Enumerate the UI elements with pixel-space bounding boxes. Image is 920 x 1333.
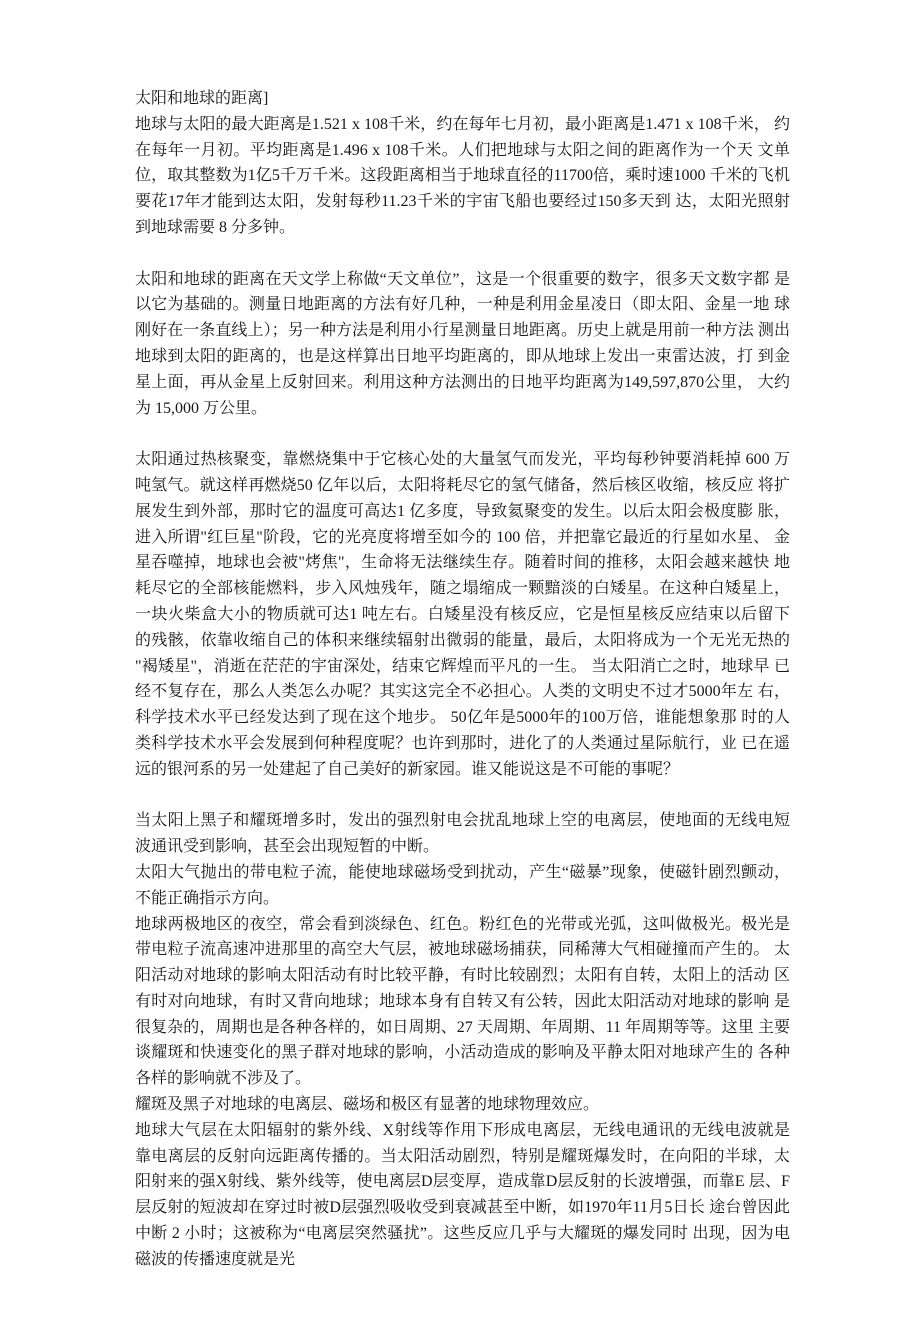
paragraph: 耀斑及黑子对地球的电离层、磁场和极区有显著的地球物理效应。 [135, 1092, 790, 1118]
paragraph: 太阳大气抛出的带电粒子流，能使地球磁场受到扰动，产生“磁暴”现象，使磁针剧烈颤动… [135, 860, 790, 912]
paragraph: 地球两极地区的夜空，常会看到淡绿色、红色。粉红色的光带或光弧，这叫做极光。极光是… [135, 912, 790, 1093]
paragraph: 太阳和地球的距离在天文学上称做“天文单位”，这是一个很重要的数字，很多天文数字都… [135, 267, 790, 422]
document-title: 太阳和地球的距离] [135, 86, 790, 112]
paragraph-list: 地球与太阳的最大距离是1.521 x 108千米，约在每年七月初，最小距离是1.… [135, 112, 790, 1273]
document-page: 太阳和地球的距离] 地球与太阳的最大距离是1.521 x 108千米，约在每年七… [0, 0, 920, 1333]
paragraph: 地球与太阳的最大距离是1.521 x 108千米，约在每年七月初，最小距离是1.… [135, 112, 790, 241]
paragraph: 地球大气层在太阳辐射的紫外线、X射线等作用下形成电离层，无线电通讯的无线电波就是… [135, 1118, 790, 1273]
paragraph: 当太阳上黑子和耀斑增多时，发出的强烈射电会扰乱地球上空的电离层，使地面的无线电短… [135, 808, 790, 860]
paragraph: 太阳通过热核聚变，靠燃烧集中于它核心处的大量氢气而发光，平均每秒钟要消耗掉 60… [135, 447, 790, 782]
